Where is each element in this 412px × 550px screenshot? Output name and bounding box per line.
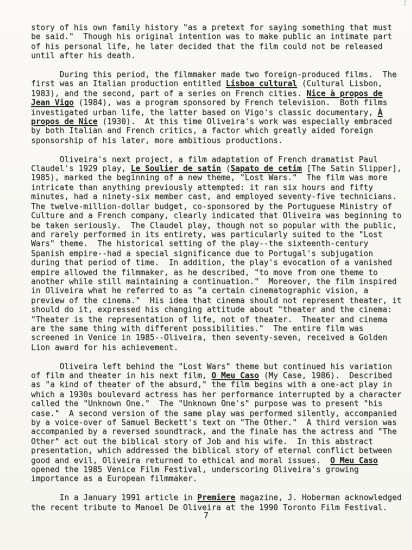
underlined-title: Sapato de cetim <box>231 164 302 173</box>
document-body: story of his own family history "as a pr… <box>31 23 409 521</box>
text-segment: (My Case, 1986). Described as "a kind of… <box>31 371 402 465</box>
paragraph: Oliveira's next project, a film adaptati… <box>31 155 409 353</box>
text-segment: (1984), was a program sponsored by Frenc… <box>31 98 387 116</box>
paragraph: story of his own family history "as a pr… <box>31 23 409 61</box>
text-segment: ( <box>221 164 231 173</box>
underlined-title: Lisboa cultural <box>226 79 297 88</box>
underlined-title: O Meu Caso <box>212 371 260 380</box>
underlined-title: Le Soulier de satin <box>131 164 221 173</box>
paragraph: During this period, the filmmaker made t… <box>31 70 409 145</box>
document-page: ⋮ story of his own family history "as a … <box>0 0 412 550</box>
scan-artifact: ⋮ <box>402 1 408 5</box>
text-segment: In a January 1991 article in <box>31 493 197 502</box>
paragraph: Oliveira left behind the "Lost Wars" the… <box>31 362 409 484</box>
underlined-title: Premiere <box>197 493 235 502</box>
page-number: 7 <box>0 511 412 520</box>
text-segment: [The Satin Slipper], 1985), marked the b… <box>31 164 402 352</box>
text-segment: story of his own family history "as a pr… <box>31 23 392 60</box>
text-segment: opened the 1985 Venice Film Festival, un… <box>31 465 359 483</box>
underlined-title: O Meu Caso <box>330 456 378 465</box>
paragraph: In a January 1991 article in Premiere ma… <box>31 493 409 512</box>
